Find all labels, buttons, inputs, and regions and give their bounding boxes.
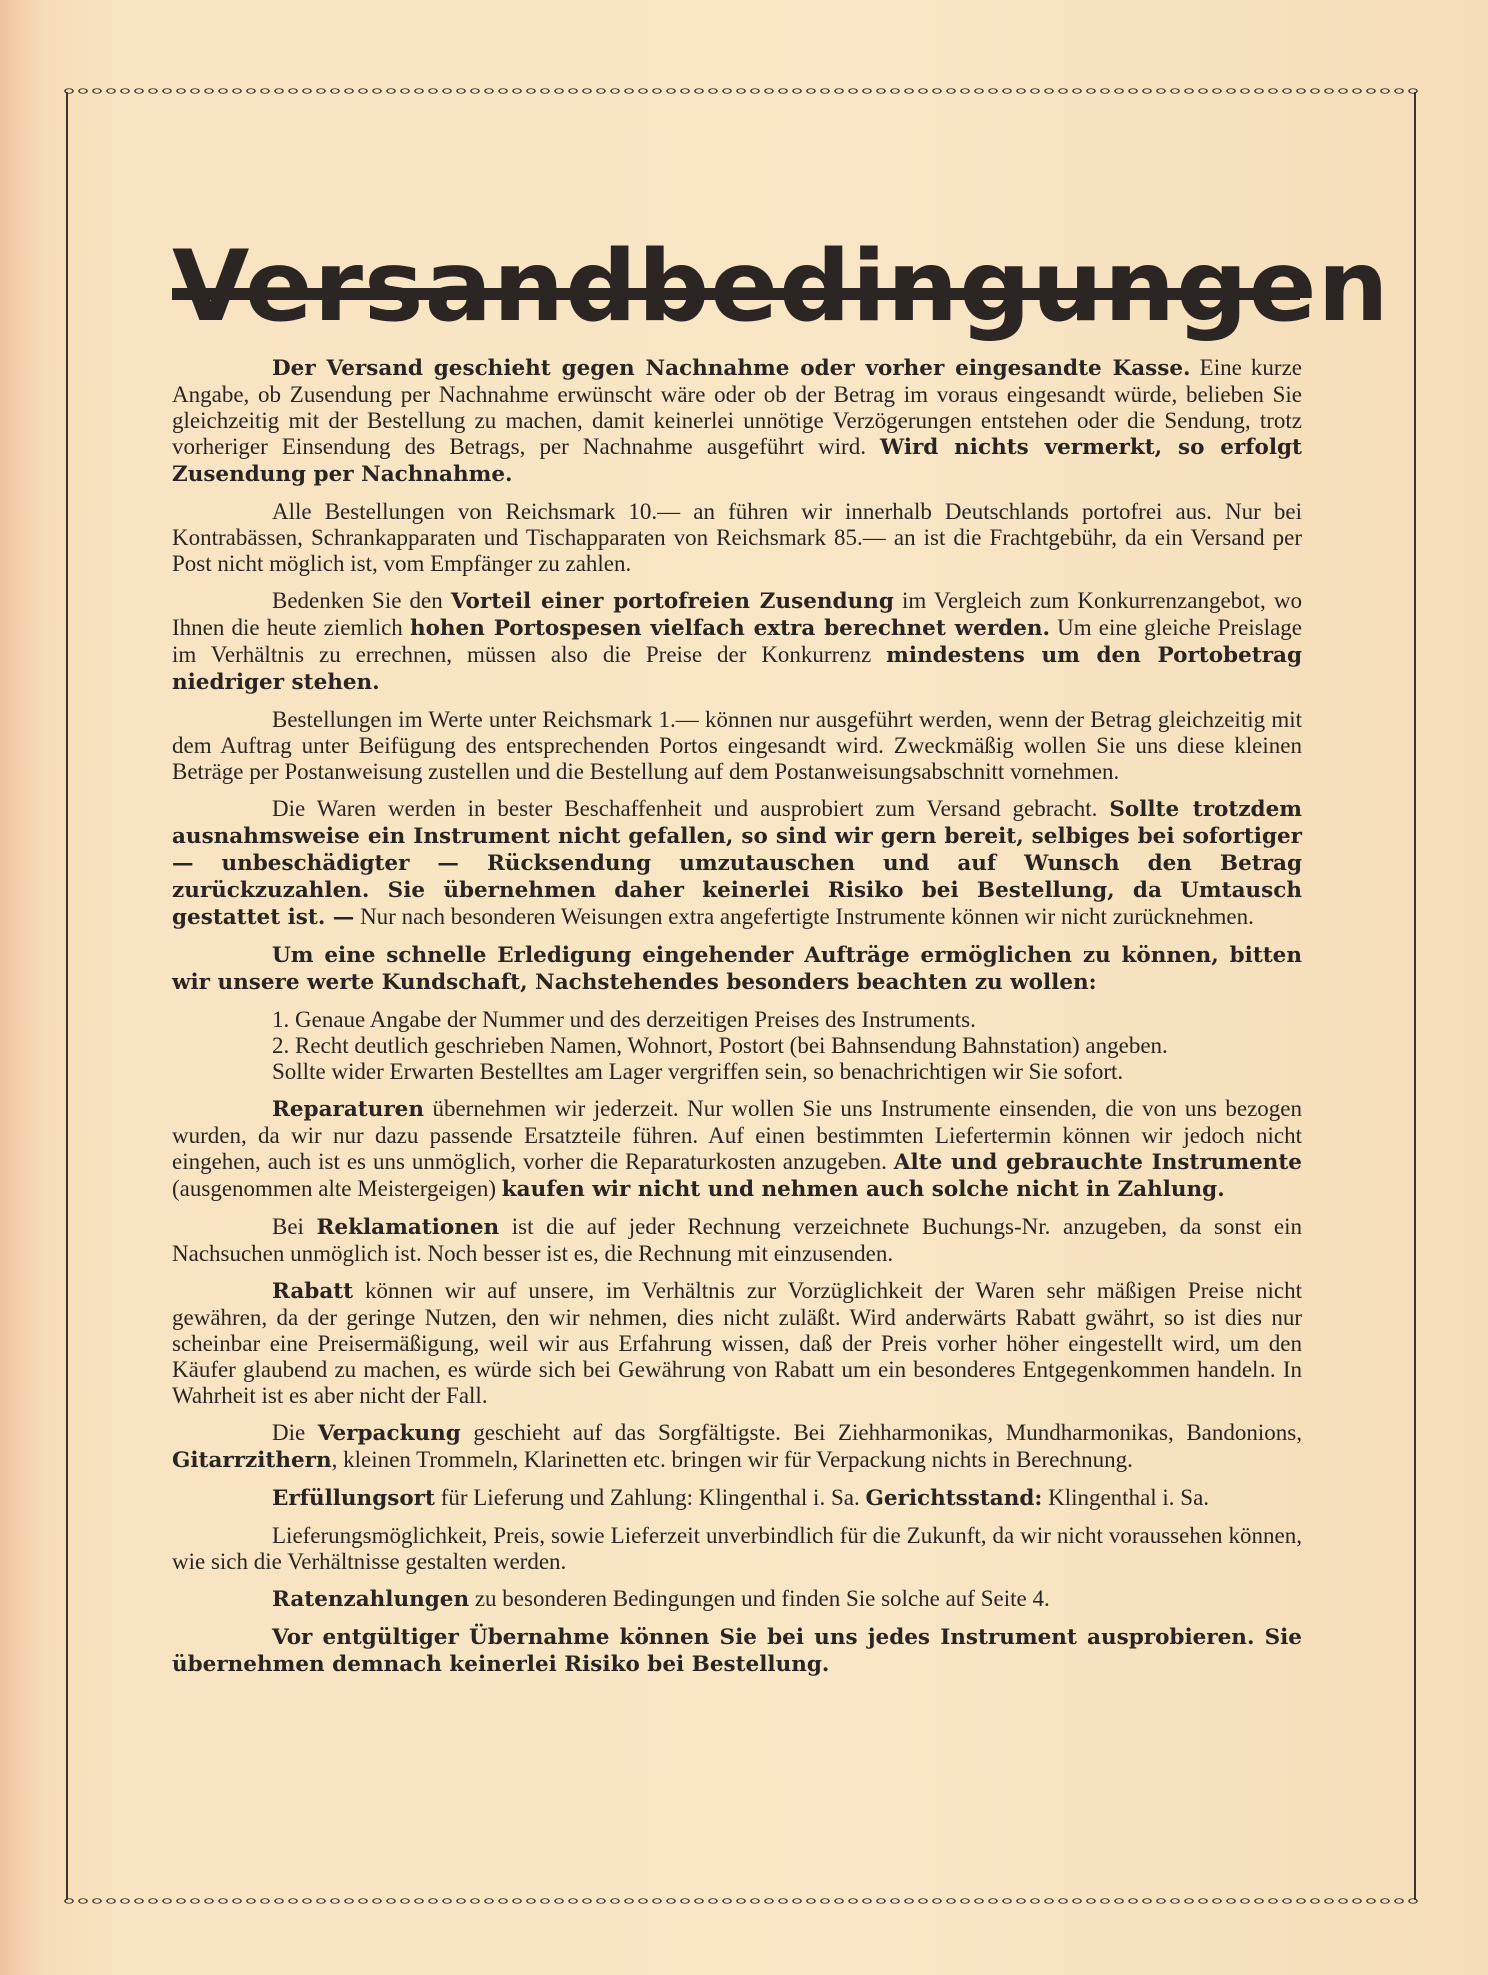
paragraph-p4: Bestellungen im Werte unter Reichsmark 1…: [172, 707, 1302, 785]
body-text: zu besonderen Bedingungen und finden Sie…: [469, 1586, 1050, 1611]
body-text: Die: [272, 1420, 318, 1445]
paragraphs-section-2: Reparaturen übernehmen wir jederzeit. Nu…: [172, 1096, 1302, 1678]
bold-text: Alte und gebrauchte Instrumente: [894, 1150, 1302, 1175]
body-text: Lieferungsmöglichkeit, Preis, sowie Lief…: [172, 1523, 1302, 1574]
bold-text: hohen Portospesen vielfach extra berechn…: [410, 616, 1050, 641]
document-body: Der Versand geschieht gegen Nachnahme od…: [172, 355, 1302, 1689]
body-text: Klingenthal i. Sa.: [1042, 1485, 1209, 1510]
list-item: 1. Genaue Angabe der Nummer und des derz…: [272, 1007, 1302, 1033]
bold-text: Reklamationen: [317, 1215, 500, 1240]
bold-text: Erfüllungsort: [272, 1486, 435, 1511]
body-text: Bestellungen im Werte unter Reichsmark 1…: [172, 707, 1302, 784]
body-text: geschieht auf das Sorgfältigste. Bei Zie…: [461, 1420, 1302, 1445]
paragraph-p9: Rabatt können wir auf unsere, im Verhält…: [172, 1278, 1302, 1409]
paragraph-p3: Bedenken Sie den Vorteil einer portofrei…: [172, 588, 1302, 696]
body-text: Bei: [272, 1214, 317, 1239]
bold-text: Gitarrzithern: [172, 1448, 332, 1473]
bold-text: Rabatt: [272, 1279, 353, 1304]
requirements-list: 1. Genaue Angabe der Nummer und des derz…: [172, 1007, 1302, 1085]
paragraph-p11: Erfüllungsort für Lieferung und Zahlung:…: [172, 1485, 1302, 1512]
paragraph-p2: Alle Bestellungen von Reichsmark 10.— an…: [172, 499, 1302, 577]
bold-text: Der Versand geschieht gegen Nachnahme od…: [272, 356, 1191, 381]
title-underline: [172, 288, 1300, 300]
body-text: Nur nach besonderen Weisungen extra ange…: [354, 904, 1254, 929]
bold-text: Reparaturen: [272, 1097, 424, 1122]
paragraph-p14: Vor entgültiger Übernahme können Sie bei…: [172, 1624, 1302, 1678]
bold-text: Vorteil einer portofreien Zusendung: [451, 589, 894, 614]
body-text: , kleinen Trommeln, Klarinetten etc. bri…: [332, 1447, 1133, 1472]
paragraph-p7: Reparaturen übernehmen wir jederzeit. Nu…: [172, 1096, 1302, 1203]
paragraphs-section-1: Der Versand geschieht gegen Nachnahme od…: [172, 355, 1302, 996]
bold-text: Verpackung: [318, 1421, 461, 1446]
paragraph-p13: Ratenzahlungen zu besonderen Bedingungen…: [172, 1586, 1302, 1613]
decorative-border-bottom: [62, 1896, 1422, 1906]
paragraph-p8: Bei Reklamationen ist die auf jeder Rech…: [172, 1214, 1302, 1267]
body-text: Alle Bestellungen von Reichsmark 10.— an…: [172, 499, 1302, 576]
bold-text: Um eine schnelle Erledigung eingehender …: [172, 943, 1302, 995]
body-text: (ausgenommen alte Meistergeigen): [172, 1176, 502, 1201]
paragraph-p6: Um eine schnelle Erledigung eingehender …: [172, 942, 1302, 996]
body-text: Die Waren werden in bester Beschaffenhei…: [272, 796, 1109, 821]
bold-text: Gerichtsstand:: [865, 1486, 1042, 1511]
paragraph-p10: Die Verpackung geschieht auf das Sorgfäl…: [172, 1420, 1302, 1474]
list-item: 2. Recht deutlich geschrieben Namen, Woh…: [272, 1033, 1302, 1059]
paragraph-p1: Der Versand geschieht gegen Nachnahme od…: [172, 355, 1302, 488]
list-item: Sollte wider Erwarten Bestelltes am Lage…: [272, 1059, 1302, 1085]
bold-text: Vor entgültiger Übernahme können Sie bei…: [172, 1625, 1302, 1677]
body-text: für Lieferung und Zahlung: Klingenthal i…: [435, 1485, 866, 1510]
bold-text: kaufen wir nicht und nehmen auch solche …: [502, 1177, 1225, 1202]
body-text: Bedenken Sie den: [272, 588, 451, 613]
bold-text: Ratenzahlungen: [272, 1587, 469, 1612]
paragraph-p5: Die Waren werden in bester Beschaffenhei…: [172, 796, 1302, 931]
paragraph-p12: Lieferungsmöglichkeit, Preis, sowie Lief…: [172, 1523, 1302, 1575]
